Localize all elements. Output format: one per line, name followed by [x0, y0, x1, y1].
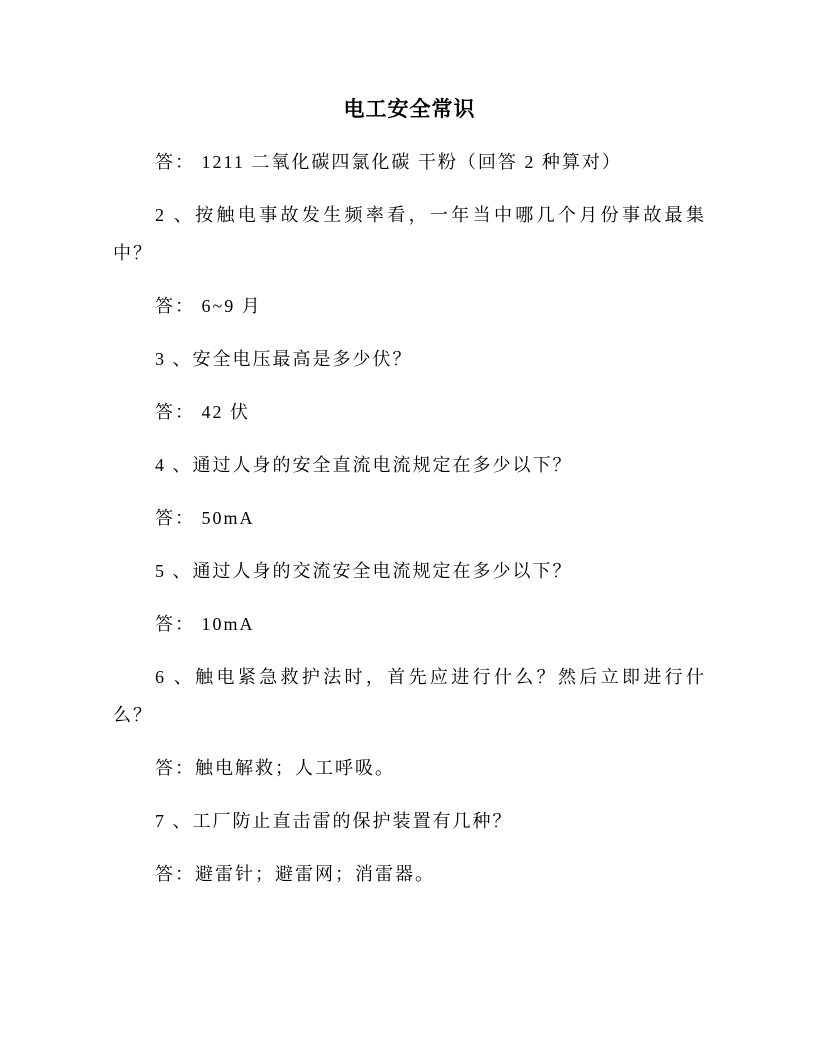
text-line: 答： 10mA — [113, 605, 706, 643]
text-line: 么？ — [113, 696, 706, 734]
question-paragraph: 3 、安全电压最高是多少伏？ — [113, 340, 706, 378]
text-line: 答： 50mA — [113, 499, 706, 537]
text-line: 4 、通过人身的安全直流电流规定在多少以下？ — [113, 446, 706, 484]
text-line: 答：避雷针；避雷网；消雷器。 — [113, 855, 706, 893]
answer-paragraph: 答： 42 伏 — [113, 393, 706, 431]
text-line: 答： 1211 二氧化碳四氯化碳 干粉（回答 2 种算对） — [113, 143, 706, 181]
text-line: 答： 6~9 月 — [113, 287, 706, 325]
answer-paragraph: 答： 10mA — [113, 605, 706, 643]
text-line: 3 、安全电压最高是多少伏？ — [113, 340, 706, 378]
text-line: 答： 42 伏 — [113, 393, 706, 431]
text-line: 答：触电解救；人工呼吸。 — [113, 749, 706, 787]
answer-paragraph: 答： 50mA — [113, 499, 706, 537]
answer-paragraph: 答： 6~9 月 — [113, 287, 706, 325]
text-line: 7 、工厂防止直击雷的保护装置有几种？ — [113, 802, 706, 840]
text-line: 中？ — [113, 234, 706, 272]
answer-paragraph: 答：触电解救；人工呼吸。 — [113, 749, 706, 787]
answer-paragraph: 答：避雷针；避雷网；消雷器。 — [113, 855, 706, 893]
text-line: 6 、触电紧急救护法时，首先应进行什么？然后立即进行什 — [113, 658, 706, 696]
text-line: 2 、按触电事故发生频率看，一年当中哪几个月份事故最集 — [113, 196, 706, 234]
question-paragraph: 7 、工厂防止直击雷的保护装置有几种？ — [113, 802, 706, 840]
answer-paragraph: 答： 1211 二氧化碳四氯化碳 干粉（回答 2 种算对） — [113, 143, 706, 181]
question-paragraph: 6 、触电紧急救护法时，首先应进行什么？然后立即进行什么？ — [113, 658, 706, 734]
text-line: 5 、通过人身的交流安全电流规定在多少以下？ — [113, 552, 706, 590]
document-title: 电工安全常识 — [113, 90, 706, 128]
question-paragraph: 4 、通过人身的安全直流电流规定在多少以下？ — [113, 446, 706, 484]
question-paragraph: 2 、按触电事故发生频率看，一年当中哪几个月份事故最集中？ — [113, 196, 706, 272]
document-page: 电工安全常识 答： 1211 二氧化碳四氯化碳 干粉（回答 2 种算对）2 、按… — [0, 0, 816, 1056]
question-paragraph: 5 、通过人身的交流安全电流规定在多少以下？ — [113, 552, 706, 590]
document-body: 答： 1211 二氧化碳四氯化碳 干粉（回答 2 种算对）2 、按触电事故发生频… — [113, 143, 706, 893]
